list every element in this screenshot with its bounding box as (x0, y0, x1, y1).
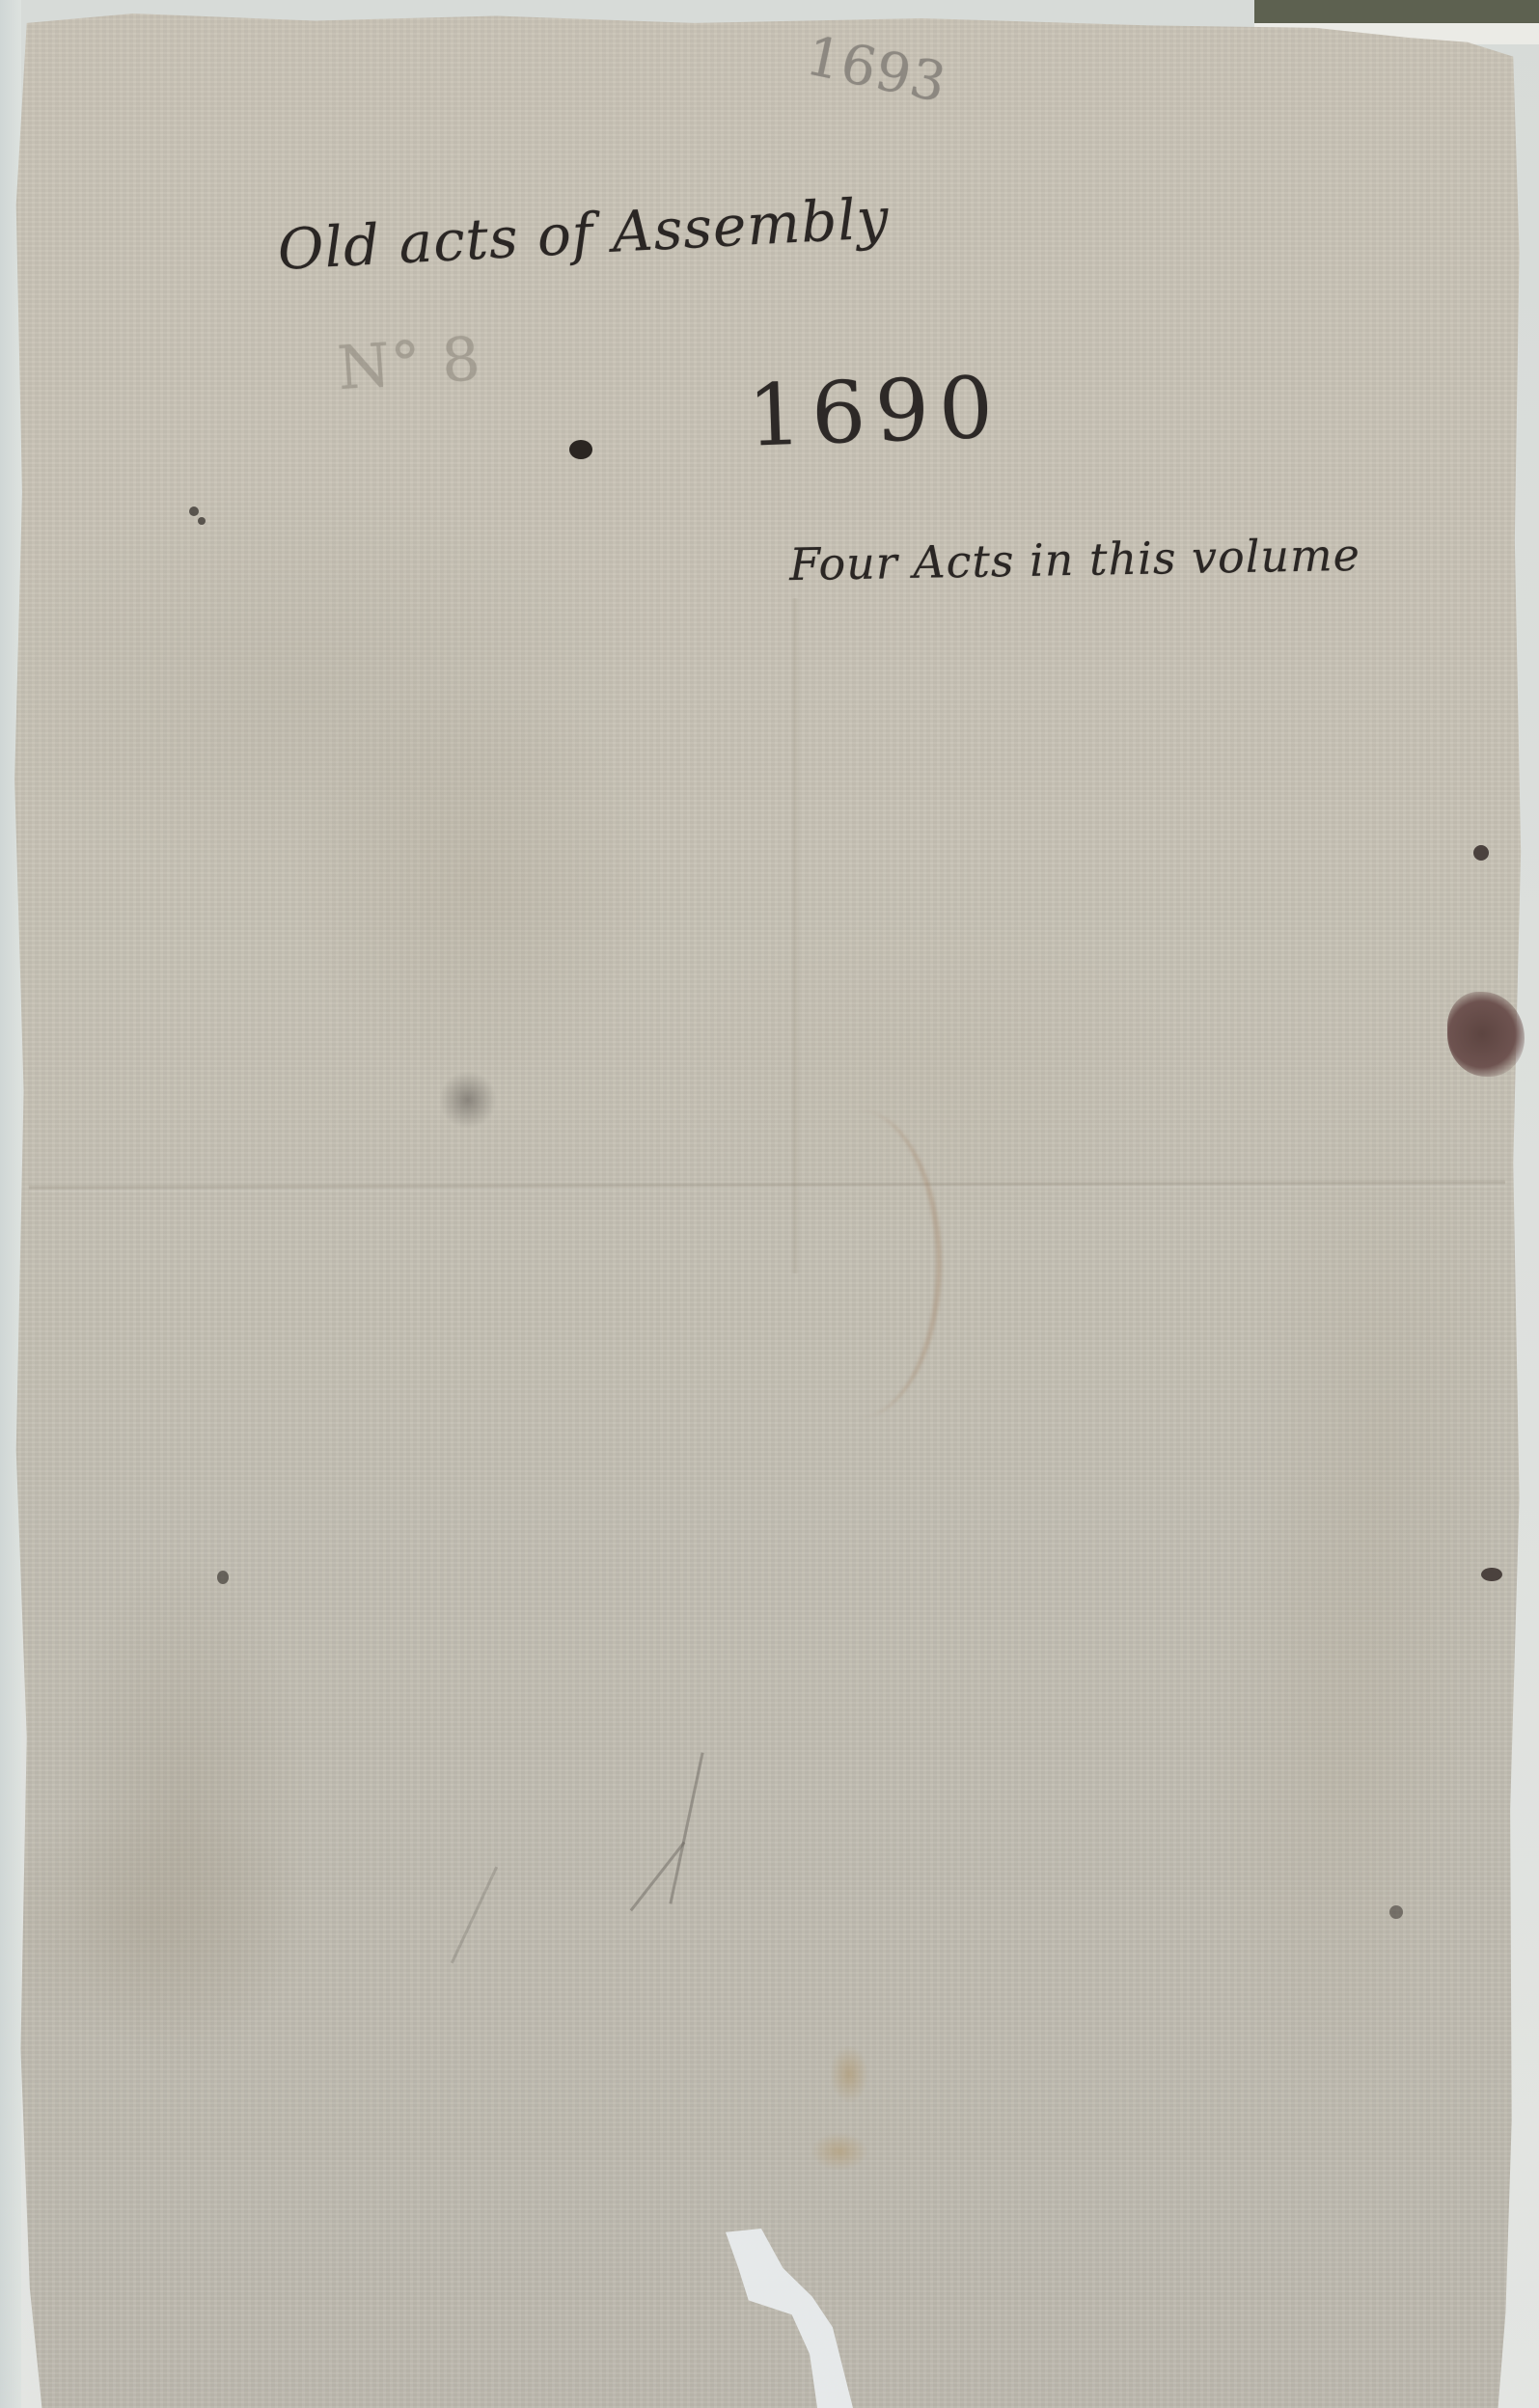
mount-background-left (0, 0, 21, 2408)
photo-scene: 1693 Old acts of Assembly N° 8 1690 Four… (0, 0, 1539, 2408)
vertical-crease (791, 598, 799, 1273)
speck (198, 517, 206, 525)
speck (189, 506, 199, 516)
sewing-hole (1481, 1568, 1502, 1581)
ink-hole (569, 440, 592, 459)
speck (217, 1571, 229, 1584)
faded-number-inscription: N° 8 (336, 323, 483, 403)
year-inscription: 1690 (746, 357, 1003, 465)
volume-note-inscription: Four Acts in this volume (789, 529, 1361, 590)
sewing-hole (1473, 845, 1489, 861)
speck (1389, 1905, 1403, 1919)
